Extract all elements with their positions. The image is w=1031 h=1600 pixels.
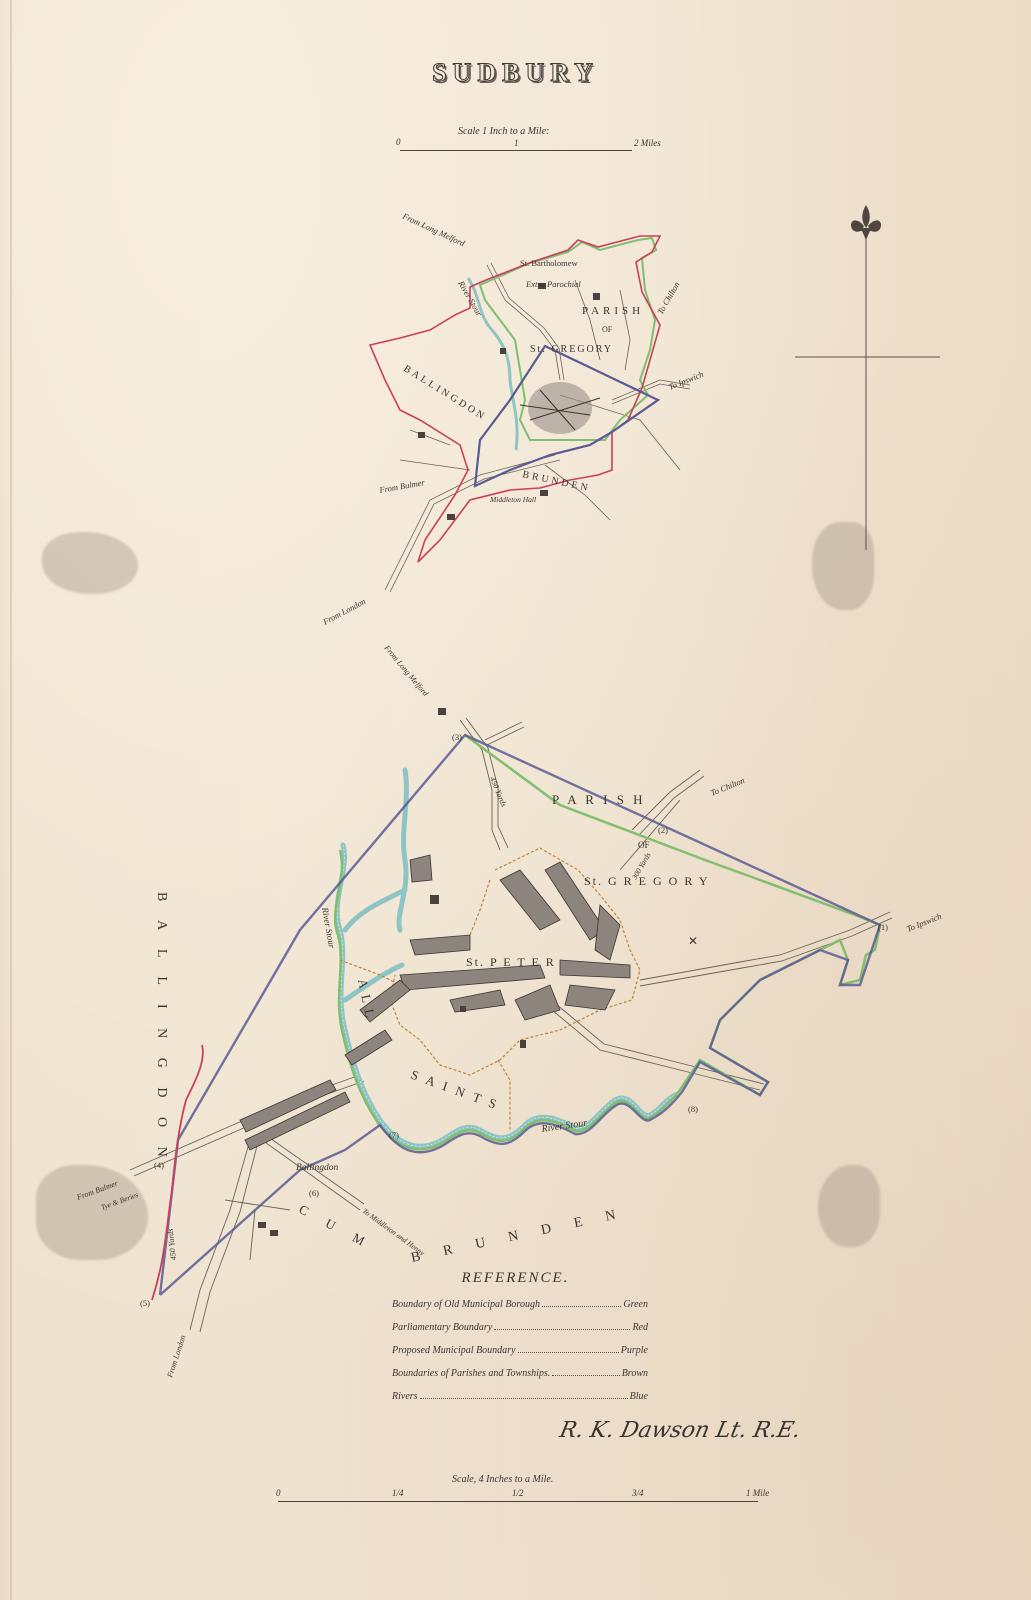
marker-4: (4) <box>154 1160 164 1170</box>
marker-3: (3) <box>452 732 462 742</box>
fleur-de-lis-icon <box>851 205 881 240</box>
reference-value: Purple <box>621 1345 648 1356</box>
lower-label-ballingdon: B A L L I N G D O N <box>154 892 169 1165</box>
lower-label-all: A L L <box>355 978 378 1021</box>
lower-label-from-london: From London <box>165 1334 187 1380</box>
reference-value: Red <box>632 1322 648 1333</box>
marker-7: (7) <box>389 1130 399 1140</box>
leader-dots <box>494 1321 630 1330</box>
reference-label: Boundary of Old Municipal Borough <box>392 1299 540 1310</box>
marker-1: (1) <box>878 922 888 932</box>
upper-label-ballingdon: BALLINGDON <box>401 363 488 423</box>
upper-label-st-bartholomew: St. Bartholomew <box>520 258 578 268</box>
lower-scale-label: Scale, 4 Inches to a Mile. <box>452 1474 553 1485</box>
reference-value: Green <box>623 1299 648 1310</box>
lower-label-450-yards-a: 450 Yards <box>488 775 508 808</box>
lower-label-to-ipswich: To Ipswich <box>905 911 943 934</box>
windmill-symbol: ✕ <box>688 934 698 948</box>
upper-map: From Long Melford River Stour St. Bartho… <box>320 210 704 627</box>
reference-row-brown: Boundaries of Parishes and Townships.Bro… <box>392 1367 648 1379</box>
upper-label-parish: PARISH <box>582 305 644 317</box>
lower-scale-tick-3: 3/4 <box>632 1488 644 1498</box>
lower-label-from-long-melford: From Long Melford <box>382 643 431 699</box>
marker-5: (5) <box>140 1298 150 1308</box>
upper-label-from-bulmer: From Bulmer <box>378 477 426 495</box>
lower-scale-tick-0: 0 <box>276 1488 281 1498</box>
map-drawing: From Long Melford River Stour St. Bartho… <box>0 0 1031 1600</box>
upper-label-from-london: From London <box>320 596 367 627</box>
upper-label-to-chilton: To Chilton <box>655 280 682 316</box>
reference-value: Blue <box>630 1391 648 1402</box>
reference-label: Parliamentary Boundary <box>392 1322 492 1333</box>
leader-dots <box>552 1367 619 1376</box>
upper-label-of: OF <box>602 325 613 334</box>
surveyor-signature: R. K. Dawson Lt. R.E. <box>557 1418 803 1443</box>
lower-scale-bar <box>278 1501 758 1502</box>
lower-label-ballingdon-village: Ballingdon <box>296 1163 338 1173</box>
lower-label-st-gregory: St. G R E G O R Y <box>584 874 710 888</box>
reference-title: REFERENCE. <box>0 1270 1031 1287</box>
marker-2: (2) <box>658 825 668 835</box>
lower-scale-tick-2: 1/2 <box>512 1488 524 1498</box>
reference-label: Boundaries of Parishes and Townships. <box>392 1368 550 1379</box>
upper-label-from-long-melford: From Long Melford <box>400 210 467 248</box>
lower-label-of: OF <box>638 840 650 850</box>
marker-8: (8) <box>688 1104 698 1114</box>
lower-label-450-yards-b: 450 Yards <box>166 1228 178 1260</box>
reference-label: Proposed Municipal Boundary <box>392 1345 516 1356</box>
upper-label-extra-parochial: Extra Parochial <box>525 279 581 289</box>
reference-value: Brown <box>622 1368 648 1379</box>
marker-6: (6) <box>309 1188 319 1198</box>
reference-row-blue: RiversBlue <box>392 1390 648 1402</box>
lower-label-bulmer-sub: Tye & Beries <box>100 1190 140 1212</box>
reference-row-purple: Proposed Municipal BoundaryPurple <box>392 1344 648 1356</box>
upper-label-brunden: BRUNDEN <box>521 469 591 494</box>
north-arrow <box>795 205 940 550</box>
lower-scale-tick-4: 1 Mile <box>746 1488 769 1498</box>
reference-label: Rivers <box>392 1391 418 1402</box>
lower-label-saints: S A I N T S <box>409 1067 501 1113</box>
leader-dots <box>542 1298 621 1307</box>
lower-scale-tick-1: 1/4 <box>392 1488 404 1498</box>
lower-label-to-chilton: To Chilton <box>709 775 746 798</box>
lower-label-brunden: B R U N D E N <box>410 1206 627 1266</box>
lower-label-parish: P A R I S H <box>552 792 646 807</box>
reference-row-green: Boundary of Old Municipal BoroughGreen <box>392 1298 648 1310</box>
upper-label-st-gregory: St. GREGORY <box>530 344 613 355</box>
lower-label-st-peter: St. P E T E R <box>466 955 556 969</box>
leader-dots <box>518 1344 619 1353</box>
upper-label-middleton-hall: Middleton Hall <box>489 495 536 504</box>
reference-row-red: Parliamentary BoundaryRed <box>392 1321 648 1333</box>
leader-dots <box>420 1390 628 1399</box>
